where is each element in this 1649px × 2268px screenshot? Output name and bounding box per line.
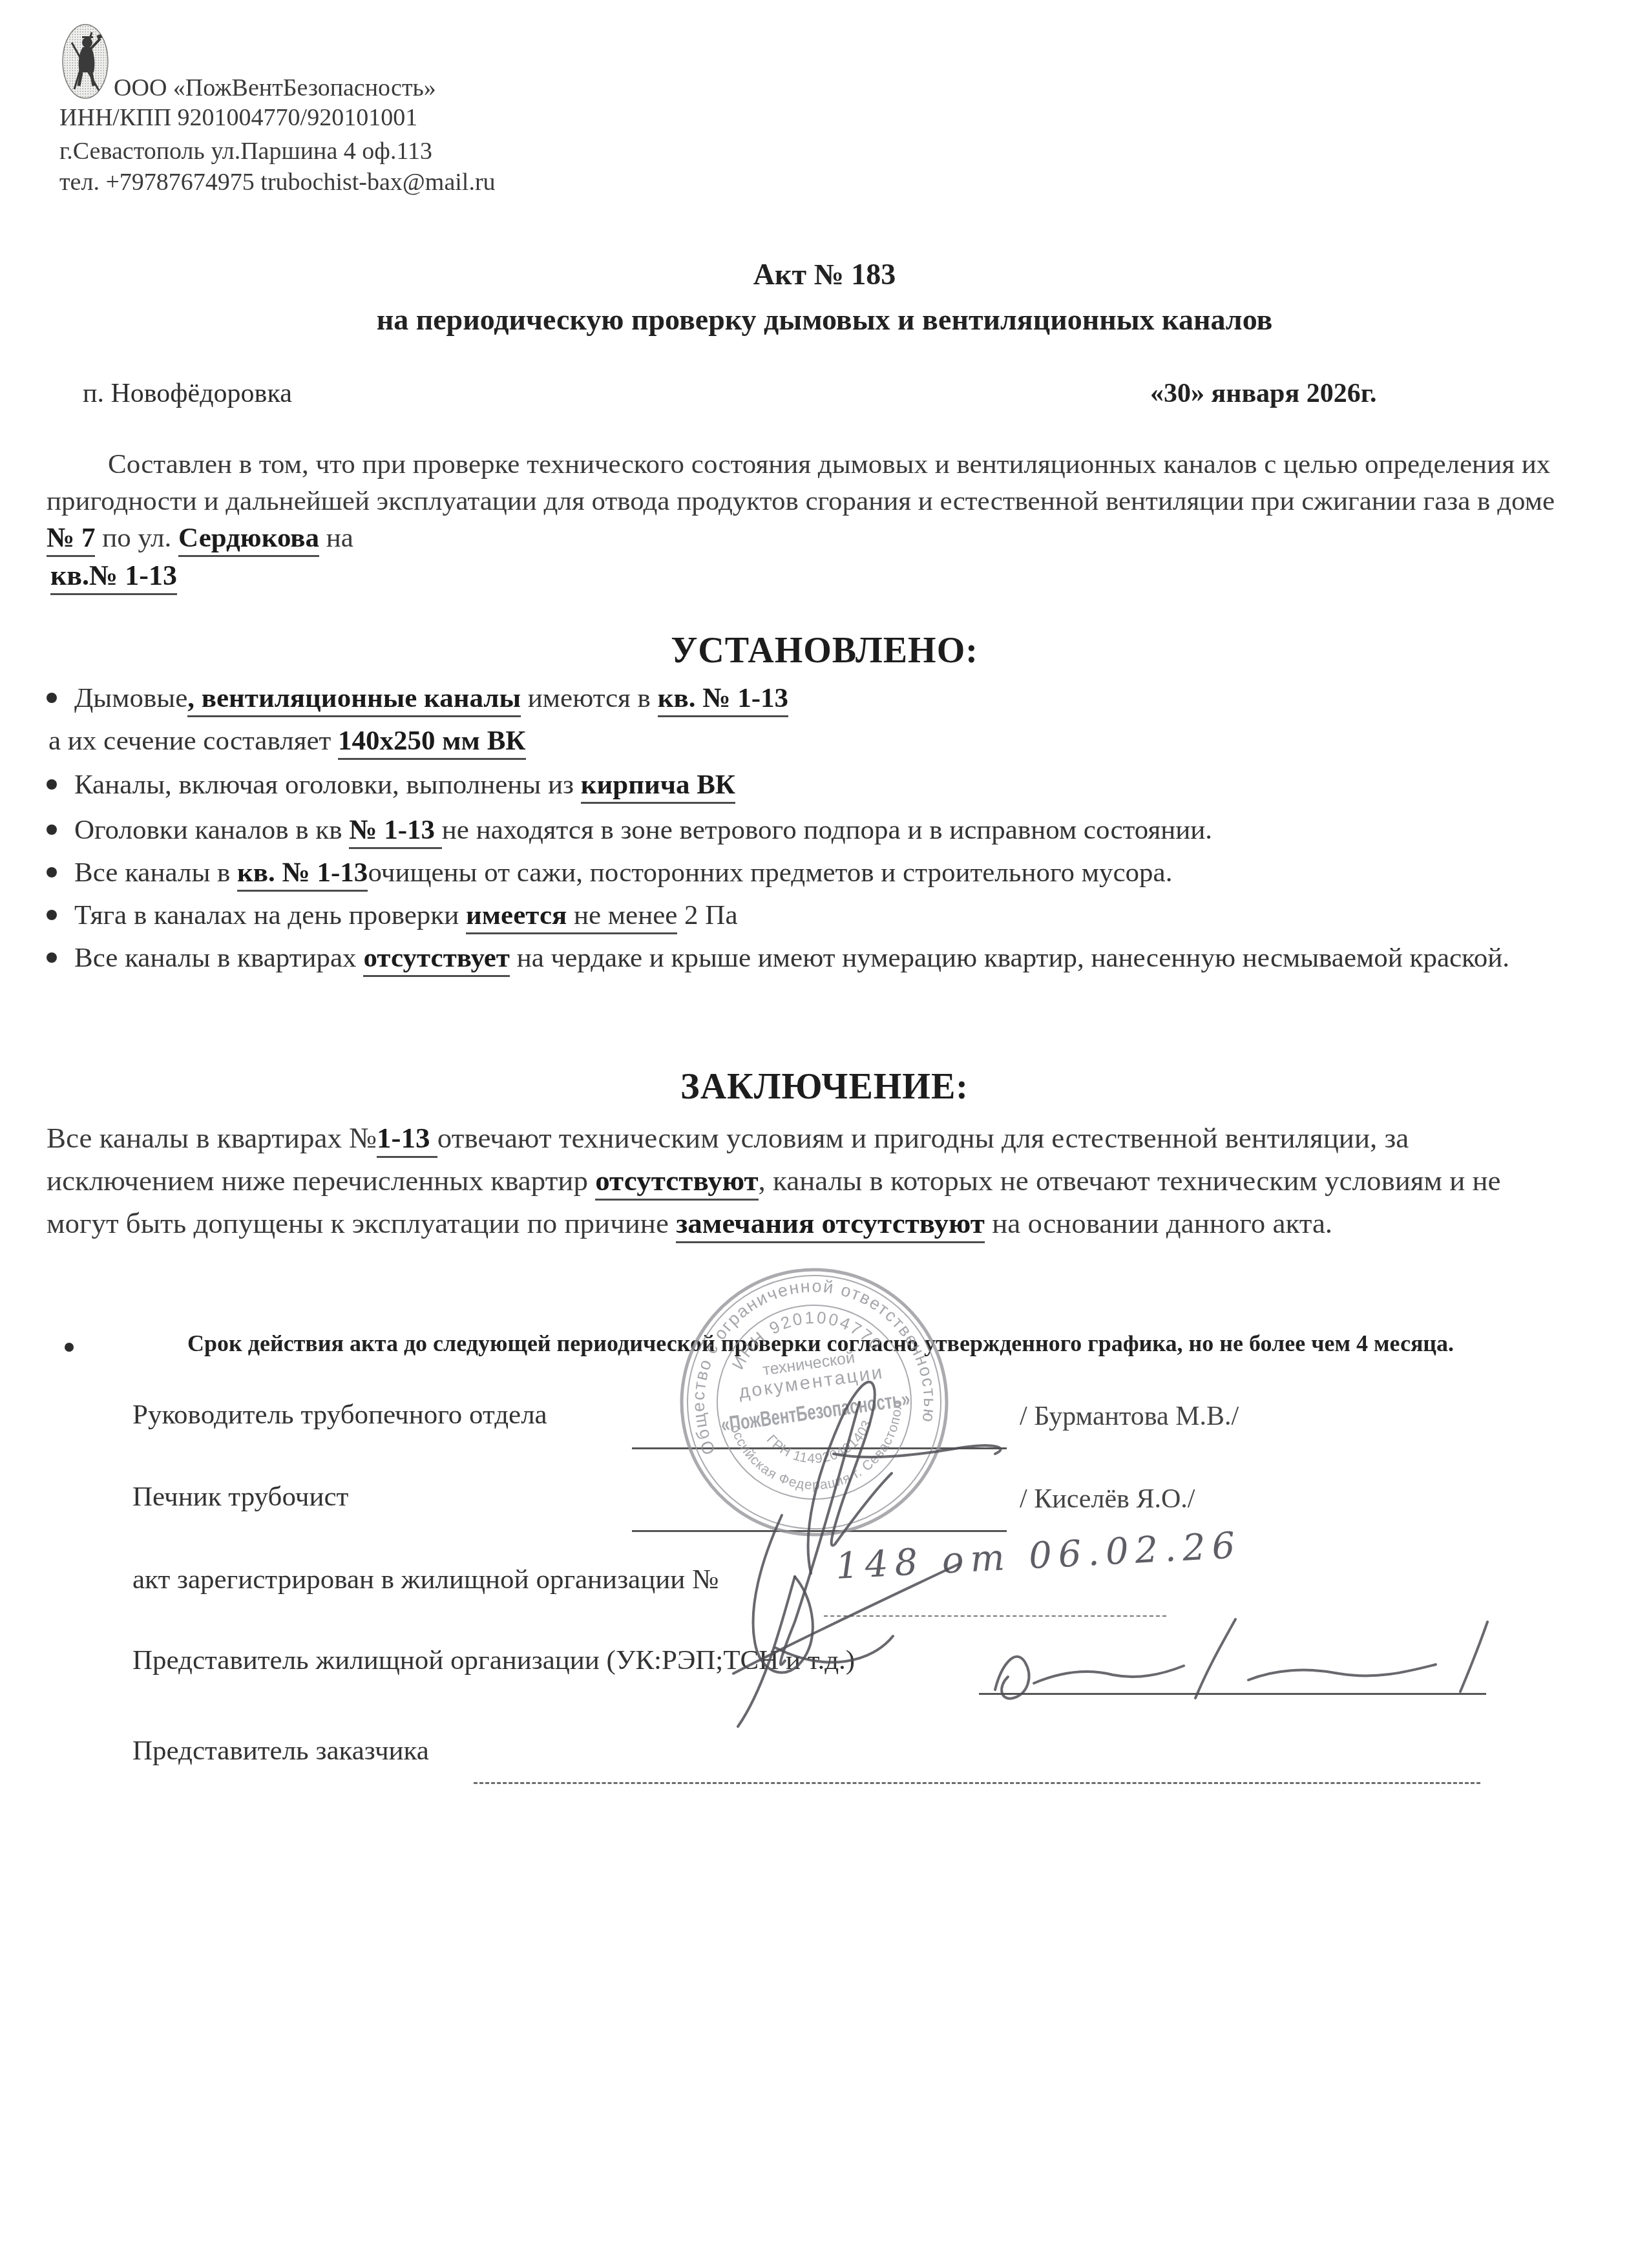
text-run: замечания отсутствуют — [676, 1207, 985, 1243]
text-run: , вентиляционные каналы — [187, 683, 521, 717]
act-date: «30» января 2026г. — [1150, 378, 1377, 409]
signature-stroke — [1034, 1666, 1184, 1683]
bullet-icon — [47, 824, 57, 835]
signature-stroke — [808, 1382, 892, 1573]
bullet-icon — [47, 693, 57, 703]
text-run: не находятся в зоне ветрового подпора и … — [442, 815, 1212, 845]
list-item-text: Все каналы в квартирах отсутствует на че… — [74, 943, 1509, 977]
company-logo chimney-sweep-icon — [61, 23, 109, 100]
signature-stroke — [781, 1402, 859, 1664]
text-run: а их сечение составляет — [48, 726, 338, 756]
text-run: отсутствуют — [595, 1164, 758, 1201]
intro-apartments: кв.№ 1-13 — [50, 557, 567, 594]
signature-stroke — [1460, 1622, 1487, 1692]
signature-stroke — [775, 1636, 893, 1662]
customer-representative-label: Представитель заказчика — [132, 1735, 429, 1767]
list-item-text: Оголовки каналов в кв № 1-13 не находятс… — [74, 815, 1212, 849]
company-contact: тел. +79787674975 trubochist-bax@mail.ru — [59, 168, 496, 196]
signature-stroke — [1195, 1619, 1235, 1698]
text-run: Все каналы в квартирах № — [47, 1122, 377, 1154]
bullet-icon — [47, 910, 57, 920]
bullet-icon — [47, 952, 57, 963]
text-run: 1-13 — [377, 1122, 437, 1158]
text-run: на — [319, 523, 353, 553]
list-item-text: Каналы, включая оголовки, выполнены из к… — [74, 770, 735, 804]
text-run: Составлен в том, что при проверке технич… — [47, 449, 1555, 516]
company-name: ООО «ПожВентБезопасность» — [114, 74, 436, 102]
act-title: Акт № 183 — [0, 257, 1649, 291]
list-item-text: Тяга в каналах на день проверки имеется … — [74, 900, 737, 934]
bullet-icon — [47, 779, 57, 790]
text-run: кв. № 1-13 — [237, 857, 368, 892]
bullet-icon — [47, 867, 57, 877]
text-run: очищены от сажи, посторонних предметов и… — [368, 857, 1172, 888]
text-run: Все каналы в — [74, 857, 237, 888]
conclusion-heading: ЗАКЛЮЧЕНИЕ: — [0, 1066, 1649, 1108]
text-run: 140х250 мм ВК — [338, 726, 525, 760]
list-item-text: Все каналы в кв. № 1-13очищены от сажи, … — [74, 857, 1172, 892]
text-run: на основании данного акта. — [985, 1207, 1332, 1239]
text-run: Дымовые — [74, 683, 187, 713]
text-run: на чердаке и крыше имеют нумерацию кварт… — [510, 943, 1509, 973]
list-item: Оголовки каналов в кв № 1-13 не находятс… — [45, 810, 1570, 850]
text-run: кирпича ВК — [581, 770, 735, 804]
text-run: Тяга в каналах на день проверки — [74, 900, 466, 930]
company-inn-kpp: ИНН/КПП 9201004770/920101001 — [59, 103, 417, 132]
list-item: Дымовые, вентиляционные каналы имеются в… — [45, 678, 1570, 719]
list-item: Все каналы в квартирах отсутствует на че… — [45, 938, 1570, 978]
text-run: Оголовки каналов в кв — [74, 815, 349, 845]
text-run: Каналы, включая оголовки, выполнены из — [74, 770, 581, 800]
list-item: Тяга в каналах на день проверки имеется … — [45, 896, 1570, 936]
text-run: имеются в — [521, 683, 658, 713]
text-run: по ул. — [95, 523, 178, 553]
established-list: Дымовые, вентиляционные каналы имеются в… — [45, 678, 1570, 981]
settlement: п. Новофёдоровка — [83, 378, 292, 409]
signature-stroke — [1248, 1664, 1436, 1680]
list-item-text: а их сечение составляет 140х250 мм ВК — [48, 726, 526, 760]
scanned-act-document: ООО «ПожВентБезопасность» ИНН/КПП 920100… — [0, 0, 1649, 2268]
list-item: Каналы, включая оголовки, выполнены из к… — [45, 765, 1570, 805]
list-item: а их сечение составляет 140х250 мм ВК — [45, 721, 1570, 761]
text-run: Все каналы в квартирах — [74, 943, 363, 973]
text-run: не менее — [574, 900, 677, 934]
text-run: 2 Па — [677, 900, 737, 930]
text-run: имеется — [466, 900, 574, 934]
established-heading: УСТАНОВЛЕНО: — [0, 630, 1649, 671]
signature-stroke — [995, 1657, 1029, 1699]
head-of-department-label: Руководитель трубопечного отдела — [132, 1399, 547, 1431]
list-item-text: Дымовые, вентиляционные каналы имеются в… — [74, 683, 788, 717]
text-run: Сердюкова — [178, 523, 319, 557]
intro-paragraph: Составлен в том, что при проверке технич… — [47, 446, 1565, 556]
text-run: отсутствует — [363, 943, 510, 977]
chimney-sweep-label: Печник трубочист — [132, 1481, 348, 1513]
text-run: кв.№ 1-13 — [50, 560, 177, 595]
signature-stroke — [733, 1564, 960, 1674]
text-run: № 7 — [47, 523, 95, 557]
text-run: № 1-13 — [349, 815, 442, 849]
list-item: Все каналы в кв. № 1-13очищены от сажи, … — [45, 853, 1570, 893]
conclusion-paragraph: Все каналы в квартирах №1-13 отвечают те… — [47, 1117, 1565, 1244]
company-address: г.Севастополь ул.Паршина 4 оф.113 — [59, 137, 432, 165]
text-run: кв. № 1-13 — [658, 683, 788, 717]
act-subtitle: на периодическую проверку дымовых и вент… — [0, 302, 1649, 337]
bullet-icon — [65, 1343, 74, 1352]
handwritten-signatures — [582, 1260, 1564, 1796]
